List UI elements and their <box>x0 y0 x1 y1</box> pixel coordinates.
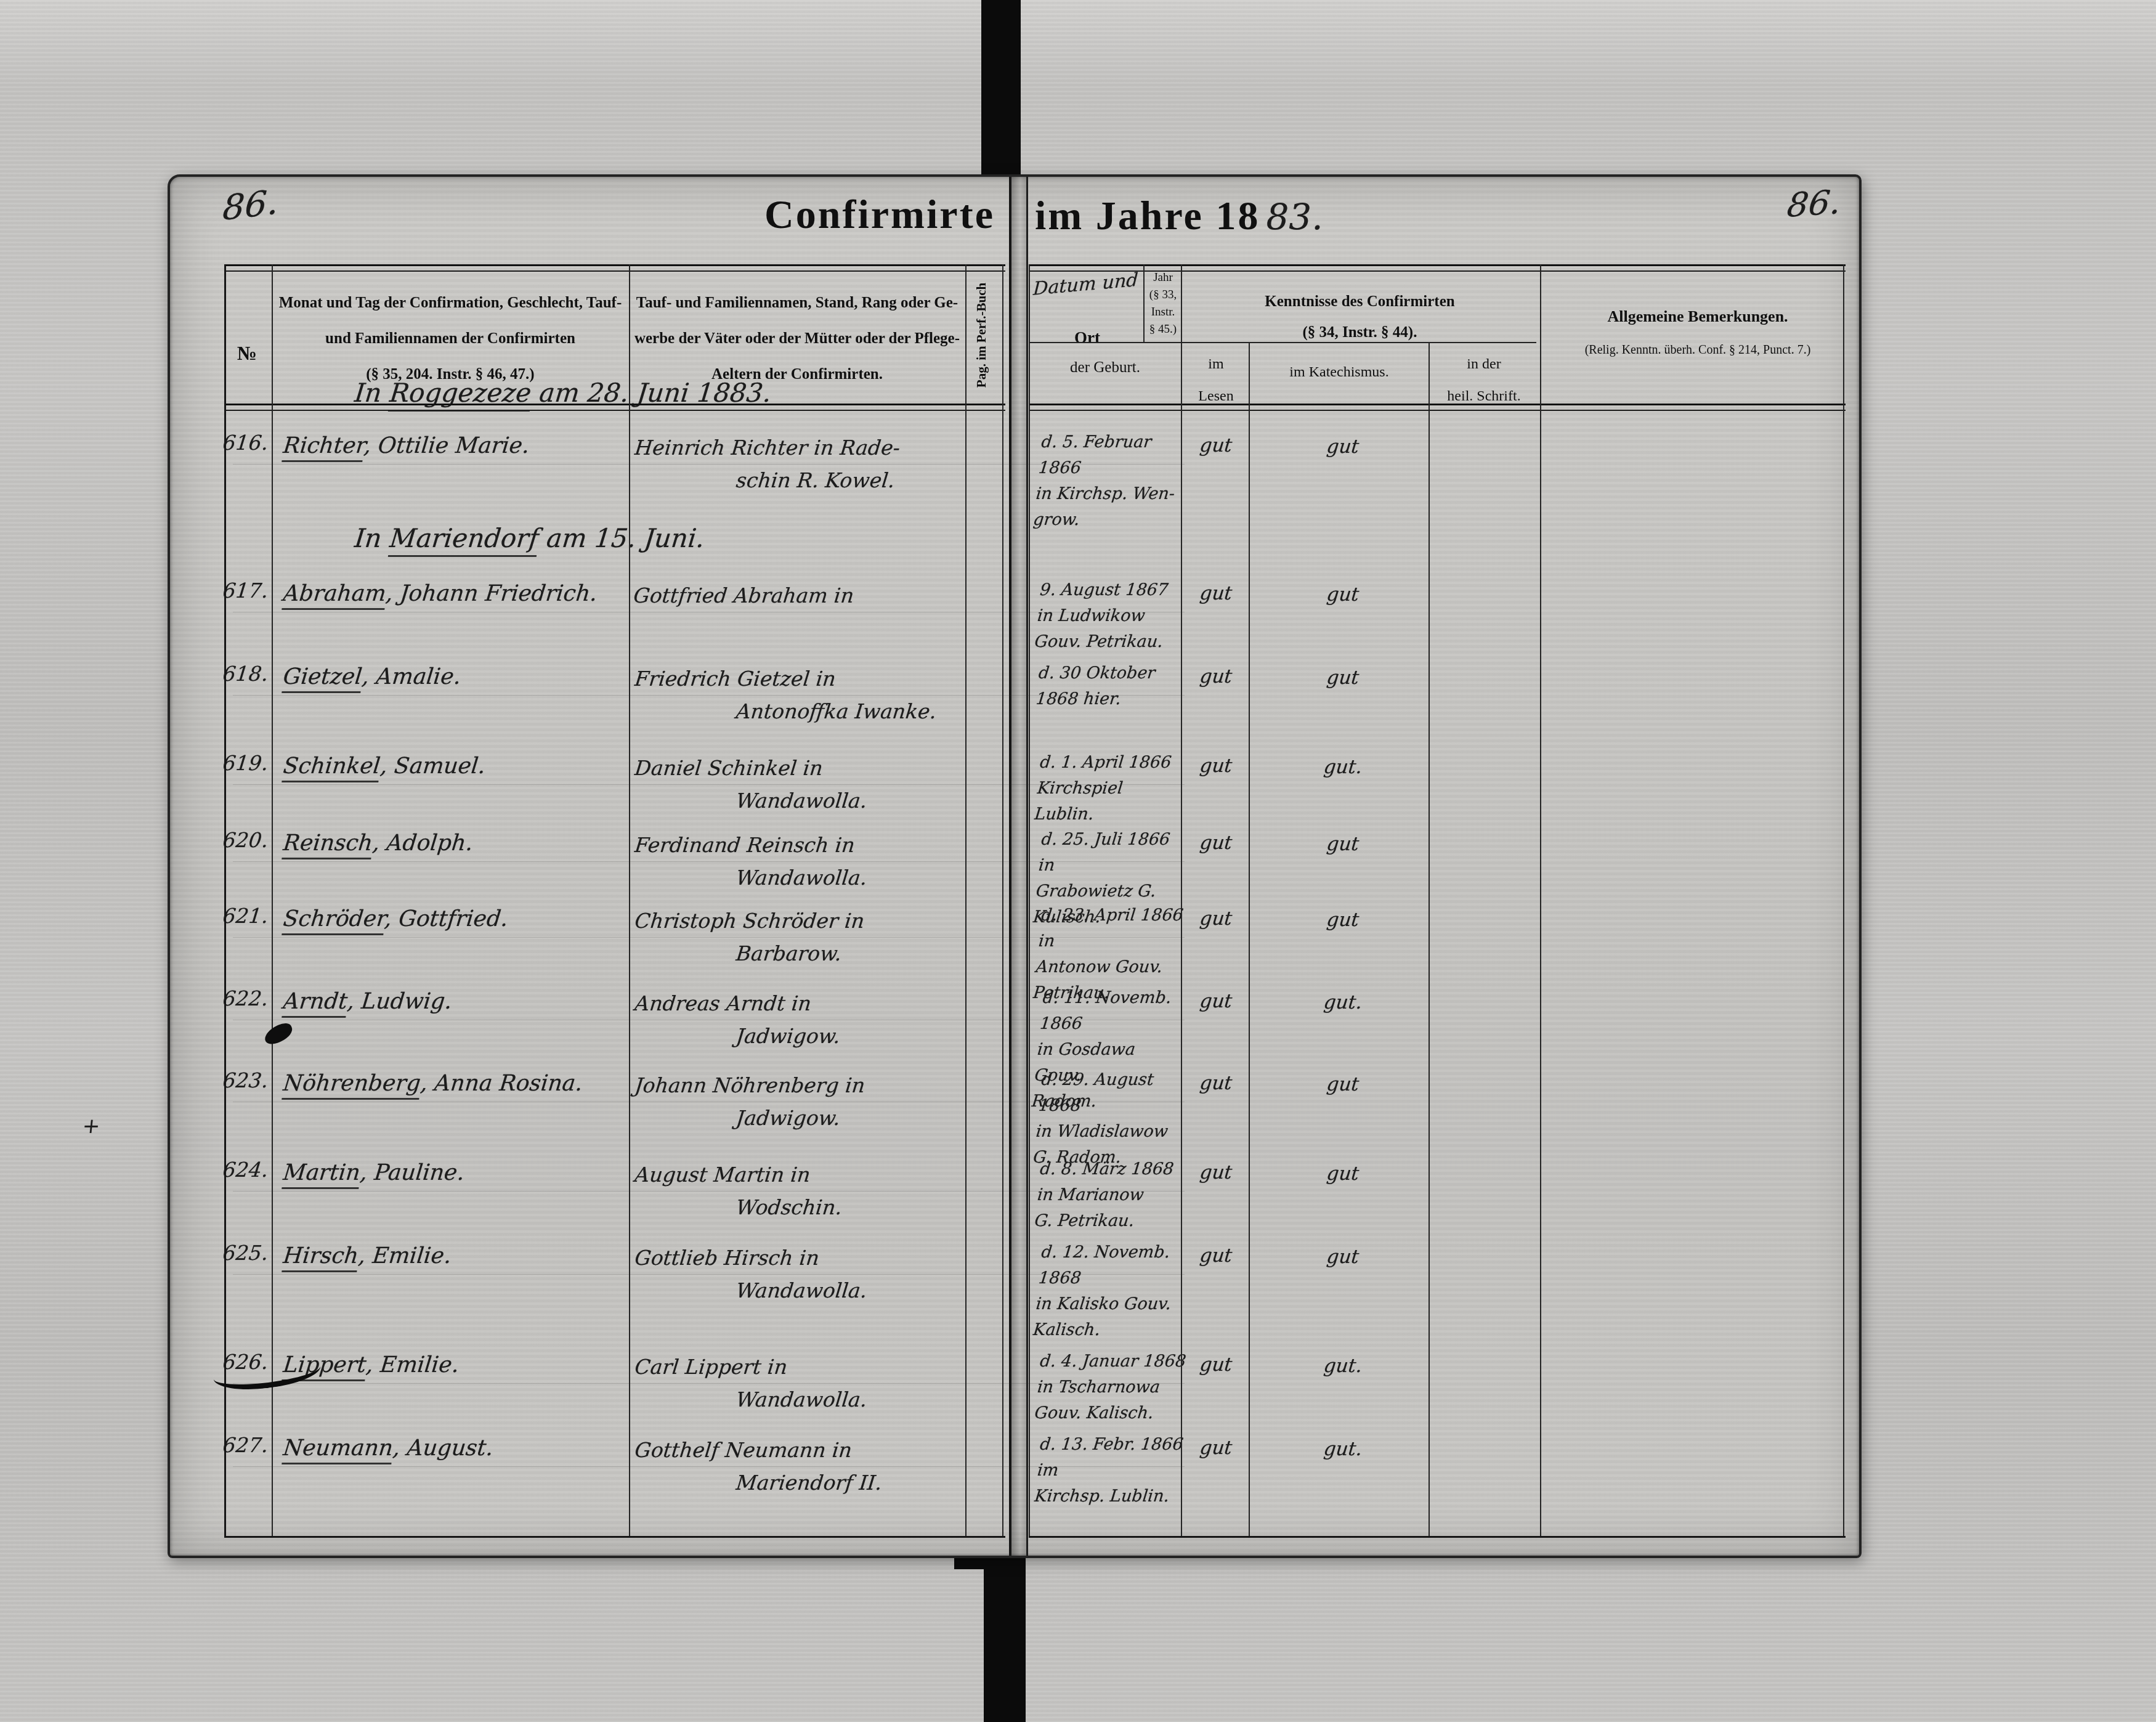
entry-catechism-grade: gut <box>1262 583 1424 606</box>
entry-parent: Christoph Schröder in Barbarow. <box>630 909 991 965</box>
entry-parent-line1: Andreas Arndt in <box>634 991 991 1015</box>
table-row: 621. Schröder, Gottfried. Christoph Schr… <box>227 903 1846 995</box>
entry-reading-grade: gut <box>1181 755 1251 777</box>
table-rule <box>1540 264 1541 1536</box>
table-row: 618. Gietzel, Amalie. Friedrich Gietzel … <box>227 660 1846 753</box>
entry-surname: Hirsch <box>282 1243 360 1272</box>
entry-given-names: , Amalie. <box>361 664 463 689</box>
table-rule <box>1181 264 1182 1536</box>
entry-birth-date-place: 9. August 1867 in Ludwikow Gouv. Petrika… <box>1033 577 1188 655</box>
entry-parent-line1: Daniel Schinkel in <box>634 756 991 780</box>
table-rule <box>1143 264 1145 342</box>
margin-cross-mark: + <box>81 1114 102 1139</box>
entry-given-names: , Emilie. <box>365 1352 460 1378</box>
table-rule <box>224 264 1005 272</box>
entry-birth-line2: in Ludwikow <box>1036 603 1185 629</box>
entry-birth-line1: d. 12. Novemb. 1868 <box>1037 1240 1189 1291</box>
entry-catechism-grade: gut. <box>1262 756 1424 778</box>
entry-parent: Daniel Schinkel in Wandawolla. <box>630 756 991 813</box>
entry-birth-line2: Kirchsp. Lublin. <box>1033 1484 1182 1509</box>
entry-surname: Neumann <box>282 1436 394 1464</box>
entry-name: Hirsch, Emilie. <box>282 1243 622 1269</box>
entry-catechism-grade: gut <box>1262 909 1424 931</box>
entry-birth-line1: d. 4. Januar 1868 <box>1039 1349 1188 1375</box>
entry-number: 616. <box>222 431 277 455</box>
entry-catechism-grade: gut <box>1262 436 1424 458</box>
entry-name: Reinsch, Adolph. <box>282 831 622 856</box>
entry-surname: Richter <box>282 433 365 462</box>
entry-birth-date-place: d. 12. Novemb. 1868 in Kalisko Gouv. Kal… <box>1032 1240 1189 1343</box>
entry-birth-line2: 1868 hier. <box>1035 686 1184 712</box>
entry-given-names: , Ludwig. <box>346 989 453 1014</box>
entry-parent: Heinrich Richter in Rade- schin R. Kowel… <box>630 436 991 492</box>
entry-parent-line1: Gottlieb Hirsch in <box>634 1246 991 1270</box>
table-rule <box>224 264 226 1536</box>
entry-surname: Arndt <box>282 989 349 1018</box>
entry-birth-line1: d. 23. April 1866 in <box>1037 903 1189 954</box>
table-rule <box>629 264 630 1536</box>
table-rule <box>224 404 1005 411</box>
register-book-spread: 86. 86. Confirmirte im Jahre 18 83. № Mo… <box>168 174 1862 1558</box>
entry-name: Arndt, Ludwig. <box>282 989 622 1014</box>
entry-reading-grade: gut <box>1181 1354 1251 1376</box>
entry-reading-grade: gut <box>1181 434 1251 457</box>
entry-birth-line3: Gouv. Petrikau. <box>1033 629 1182 655</box>
entry-name: Nöhrenberg, Anna Rosina. <box>282 1071 622 1096</box>
entry-name: Gietzel, Amalie. <box>282 664 622 689</box>
table-row: 616. Richter, Ottilie Marie. Heinrich Ri… <box>227 429 1846 522</box>
entry-catechism-grade: gut. <box>1262 1438 1424 1460</box>
table-rule <box>1029 404 1846 411</box>
entry-name: Martin, Pauline. <box>282 1160 622 1185</box>
entry-birth-line1: d. 11. Novemb. 1866 <box>1039 985 1191 1037</box>
entry-birth-date-place: d. 29. August 1868 in Wladislawow G. Rad… <box>1032 1067 1189 1171</box>
entry-number: 621. <box>222 904 277 928</box>
entry-birth-line1: d. 8. März 1868 <box>1039 1156 1188 1182</box>
table-rule <box>224 1536 1005 1538</box>
entry-parent-line1: Carl Lippert in <box>634 1355 991 1379</box>
entry-given-names: , Samuel. <box>379 753 487 779</box>
entry-parent-line2: Wandawolla. <box>735 1278 987 1302</box>
entry-reading-grade: gut <box>1181 1161 1251 1184</box>
entry-given-names: , Anna Rosina. <box>419 1071 584 1096</box>
entry-number: 623. <box>222 1068 277 1092</box>
entry-parent: Ferdinand Reinsch in Wandawolla. <box>630 833 991 890</box>
entry-catechism-grade: gut <box>1262 667 1424 689</box>
entry-given-names: , Pauline. <box>359 1160 466 1185</box>
entry-birth-line3: grow. <box>1032 507 1181 533</box>
entry-parent-line1: Johann Nöhrenberg in <box>634 1073 991 1097</box>
entry-parent: Gotthelf Neumann in Mariendorf II. <box>630 1438 991 1495</box>
entry-birth-line1: d. 25. Juli 1866 in <box>1037 827 1189 879</box>
entry-surname: Gietzel <box>282 664 363 693</box>
entries-layer: 616. Richter, Ottilie Marie. Heinrich Ri… <box>227 177 1846 1556</box>
entry-name: Richter, Ottilie Marie. <box>282 433 622 458</box>
entry-number: 627. <box>222 1433 277 1457</box>
entry-surname: Martin <box>282 1160 362 1189</box>
entry-parent: Gottlieb Hirsch in Wandawolla. <box>630 1246 991 1302</box>
book-binding-strip-bottom <box>984 1545 1026 1722</box>
entry-parent-line1: Heinrich Richter in Rade- <box>634 436 991 460</box>
entry-surname: Schröder <box>282 906 386 935</box>
entry-given-names: , August. <box>392 1436 495 1461</box>
entry-reading-grade: gut <box>1181 582 1251 604</box>
entry-reading-grade: gut <box>1181 832 1251 854</box>
entry-parent-line2: schin R. Kowel. <box>735 468 987 492</box>
entry-surname: Schinkel <box>282 753 381 782</box>
table-rule <box>1029 1536 1846 1538</box>
entry-birth-date-place: d. 30 Oktober 1868 hier. <box>1035 660 1187 712</box>
entry-parent: Andreas Arndt in Jadwigow. <box>630 991 991 1048</box>
entry-parent-line1: Ferdinand Reinsch in <box>634 833 991 857</box>
table-rule <box>1429 342 1430 1536</box>
entry-catechism-grade: gut <box>1262 1246 1424 1268</box>
entry-parent-line1: Gotthelf Neumann in <box>634 1438 991 1462</box>
entry-reading-grade: gut <box>1181 908 1251 930</box>
entry-number: 625. <box>222 1241 277 1265</box>
table-row: 623. Nöhrenberg, Anna Rosina. Johann Nöh… <box>227 1067 1846 1160</box>
table-row: 617. Abraham, Johann Friedrich. Gottfrie… <box>227 577 1846 670</box>
entry-parent-line2: Mariendorf II. <box>735 1471 987 1495</box>
table-rule <box>272 264 273 1536</box>
entry-birth-date-place: d. 4. Januar 1868 in Tscharnowa Gouv. Ka… <box>1033 1349 1188 1426</box>
entry-surname: Reinsch <box>282 831 374 859</box>
entry-reading-grade: gut <box>1181 1245 1251 1267</box>
entry-parent-line2: Wodschin. <box>735 1195 987 1219</box>
entry-parent-line1: August Martin in <box>634 1163 991 1187</box>
entry-catechism-grade: gut <box>1262 833 1424 855</box>
entry-parent-line2: Jadwigow. <box>735 1024 987 1048</box>
entry-catechism-grade: gut <box>1262 1073 1424 1095</box>
entry-birth-line2: in Tscharnowa <box>1036 1375 1185 1400</box>
entry-birth-line3: G. Petrikau. <box>1033 1208 1182 1234</box>
entry-birth-line2: Kirchspiel Lublin. <box>1033 776 1185 827</box>
entry-birth-date-place: d. 13. Febr. 1866 im Kirchsp. Lublin. <box>1033 1432 1188 1509</box>
table-rule <box>965 264 967 1536</box>
entry-number: 619. <box>222 751 277 775</box>
entry-reading-grade: gut <box>1181 1437 1251 1459</box>
table-row: 627. Neumann, August. Gotthelf Neumann i… <box>227 1432 1846 1524</box>
entry-parent-line2: Wandawolla. <box>735 789 987 813</box>
entry-parent: Gottfried Abraham in <box>631 583 989 616</box>
book-binding-strip-top <box>981 0 1021 177</box>
entry-parent-line1: Gottfried Abraham in <box>633 583 989 607</box>
entry-catechism-grade: gut. <box>1262 991 1424 1013</box>
entry-catechism-grade: gut <box>1262 1163 1424 1185</box>
entry-birth-date-place: d. 5. Februar 1866 in Kirchsp. Wen- grow… <box>1032 429 1189 533</box>
entry-parent: Friedrich Gietzel in Antonoffka Iwanke. <box>630 667 991 723</box>
table-rule <box>1029 264 1030 1536</box>
entry-birth-line2: Antonow Gouv. <box>1035 954 1184 980</box>
entry-name: Neumann, August. <box>282 1436 622 1461</box>
entry-name: Schinkel, Samuel. <box>282 753 622 779</box>
entry-number: 622. <box>222 986 277 1010</box>
entry-parent: Johann Nöhrenberg in Jadwigow. <box>630 1073 991 1130</box>
entry-birth-line1: d. 1. April 1866 <box>1039 750 1188 776</box>
entry-birth-date-place: d. 1. April 1866 Kirchspiel Lublin. <box>1033 750 1188 827</box>
table-rule <box>1002 264 1003 1536</box>
entry-parent-line2: Wandawolla. <box>735 866 987 890</box>
entry-given-names: , Emilie. <box>357 1243 453 1269</box>
table-row: 622. Arndt, Ludwig. Andreas Arndt in Jad… <box>227 985 1846 1078</box>
entry-number: 618. <box>222 662 277 686</box>
entry-birth-line1: d. 5. Februar 1866 <box>1037 429 1189 481</box>
scanned-register-page: + 86. 86. Confirmirte im Jahre 18 83. № … <box>0 0 2156 1722</box>
entry-birth-line1: 9. August 1867 <box>1039 577 1188 603</box>
table-rule <box>1029 342 1536 343</box>
entry-catechism-grade: gut. <box>1262 1355 1424 1377</box>
entry-name: Schröder, Gottfried. <box>282 906 622 932</box>
entry-given-names: , Adolph. <box>371 831 474 856</box>
entry-given-names: , Ottilie Marie. <box>363 433 531 458</box>
entry-given-names: , Johann Friedrich. <box>384 581 598 606</box>
entry-birth-line2: in Kalisko Gouv. <box>1035 1291 1184 1317</box>
table-rule <box>1029 264 1846 272</box>
entry-birth-line2: in Wladislawow <box>1035 1119 1184 1145</box>
entry-reading-grade: gut <box>1181 1072 1251 1094</box>
entry-parent-line2: Wandawolla. <box>735 1387 987 1411</box>
entry-birth-line1: d. 13. Febr. 1866 im <box>1036 1432 1188 1484</box>
entry-parent: Carl Lippert in Wandawolla. <box>630 1355 991 1411</box>
entry-birth-line2: in Marianow <box>1036 1182 1185 1208</box>
entry-given-names: , Gottfried. <box>383 906 509 932</box>
table-rule <box>1249 342 1250 1536</box>
entry-parent-line1: Friedrich Gietzel in <box>634 667 991 691</box>
entry-birth-line1: d. 29. August 1868 <box>1037 1067 1189 1119</box>
entry-birth-line3: Gouv. Kalisch. <box>1033 1400 1182 1426</box>
entry-birth-date-place: d. 8. März 1868 in Marianow G. Petrikau. <box>1033 1156 1188 1234</box>
table-row: 626. Lippert, Emilie. Carl Lippert in Wa… <box>227 1349 1846 1441</box>
entry-number: 620. <box>222 828 277 852</box>
entry-reading-grade: gut <box>1181 665 1251 688</box>
table-row: 624. Martin, Pauline. August Martin in W… <box>227 1156 1846 1249</box>
entry-reading-grade: gut <box>1181 990 1251 1012</box>
entry-parent-line2: Antonoffka Iwanke. <box>735 699 987 723</box>
entry-surname: Nöhrenberg <box>282 1071 422 1100</box>
entry-parent: August Martin in Wodschin. <box>630 1163 991 1219</box>
entry-birth-line1: d. 30 Oktober <box>1037 660 1186 686</box>
entry-parent-line1: Christoph Schröder in <box>634 909 991 933</box>
entry-surname: Abraham <box>282 581 387 610</box>
entry-parent-line2: Barbarow. <box>735 941 987 965</box>
entry-name: Lippert, Emilie. <box>282 1352 622 1378</box>
table-rule <box>1843 264 1844 1536</box>
entry-birth-line2: in Kirchsp. Wen- <box>1035 481 1184 507</box>
entry-number: 617. <box>222 579 277 603</box>
entry-name: Abraham, Johann Friedrich. <box>282 581 622 606</box>
table-row: 625. Hirsch, Emilie. Gottlieb Hirsch in … <box>227 1240 1846 1332</box>
entry-birth-line3: Kalisch. <box>1032 1317 1181 1343</box>
entry-parent-line2: Jadwigow. <box>735 1106 987 1130</box>
entry-number: 624. <box>222 1158 277 1182</box>
